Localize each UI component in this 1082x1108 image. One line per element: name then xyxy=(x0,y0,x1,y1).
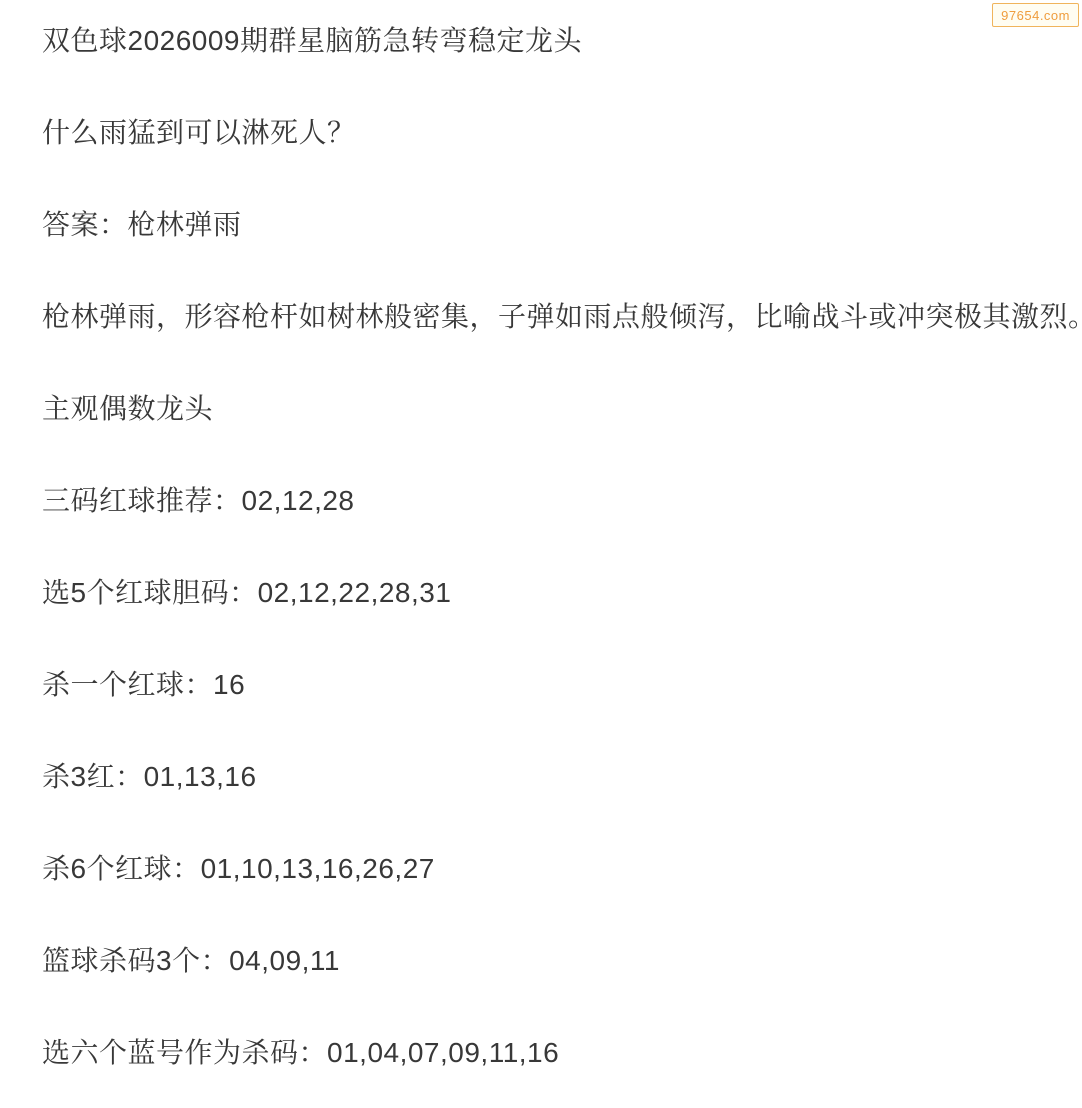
recommendation-line-kill1-red: 杀一个红球：16 xyxy=(42,668,1062,702)
recommendation-line-red3: 三码红球推荐：02,12,28 xyxy=(42,484,1062,518)
article-page: 97654.com 双色球2026009期群星脑筋急转弯稳定龙头 什么雨猛到可以… xyxy=(0,0,1082,1108)
recommendation-value: 04,09,11 xyxy=(229,945,340,976)
recommendation-label: 选5个红球胆码： xyxy=(42,577,258,608)
recommendation-label: 杀3红： xyxy=(42,761,144,792)
recommendation-value: 02,12,28 xyxy=(242,485,355,516)
article-body: 双色球2026009期群星脑筋急转弯稳定龙头 什么雨猛到可以淋死人？ 答案：枪林… xyxy=(0,0,1082,1070)
riddle-explanation: 枪林弹雨，形容枪杆如树林般密集，子弹如雨点般倾泻，比喻战斗或冲突极其激烈。 xyxy=(42,300,1062,334)
riddle-answer-value: 枪林弹雨 xyxy=(128,209,242,240)
recommendation-value: 02,12,22,28,31 xyxy=(258,577,452,608)
section-heading: 主观偶数龙头 xyxy=(42,392,1062,426)
recommendation-value: 01,10,13,16,26,27 xyxy=(201,853,435,884)
recommendation-line-red5-dan: 选5个红球胆码：02,12,22,28,31 xyxy=(42,576,1062,610)
recommendation-value: 01,04,07,09,11,16 xyxy=(327,1037,559,1068)
article-title: 双色球2026009期群星脑筋急转弯稳定龙头 xyxy=(42,24,1062,58)
recommendation-label: 三码红球推荐： xyxy=(42,485,242,516)
riddle-question: 什么雨猛到可以淋死人？ xyxy=(42,116,1062,150)
recommendation-line-kill3-blue: 篮球杀码3个：04,09,11 xyxy=(42,944,1062,978)
recommendation-line-kill3-red: 杀3红：01,13,16 xyxy=(42,760,1062,794)
site-watermark-badge: 97654.com xyxy=(992,3,1079,27)
riddle-answer-line: 答案：枪林弹雨 xyxy=(42,208,1062,242)
recommendation-value: 16 xyxy=(213,669,245,700)
recommendation-label: 篮球杀码3个： xyxy=(42,945,229,976)
riddle-answer-label: 答案： xyxy=(42,209,128,240)
recommendation-label: 杀6个红球： xyxy=(42,853,201,884)
recommendation-label: 选六个蓝号作为杀码： xyxy=(42,1037,327,1068)
recommendation-line-kill6-red: 杀6个红球：01,10,13,16,26,27 xyxy=(42,852,1062,886)
recommendation-label: 杀一个红球： xyxy=(42,669,213,700)
recommendation-line-kill6-blue: 选六个蓝号作为杀码：01,04,07,09,11,16 xyxy=(42,1036,1062,1070)
recommendation-value: 01,13,16 xyxy=(144,761,257,792)
